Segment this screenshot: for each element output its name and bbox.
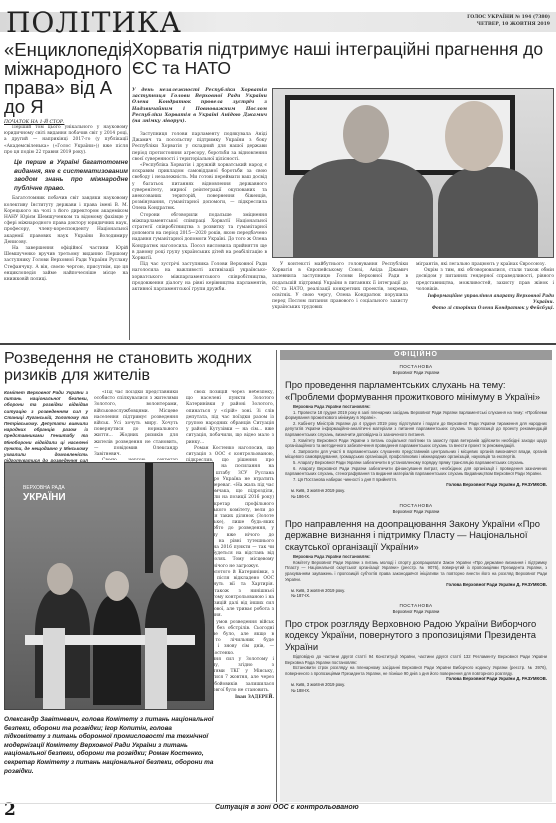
decree-item: Встановити строк розгляду на пленарному … xyxy=(285,665,547,676)
paragraph: Окрім з тим, які обговорювалися, стали т… xyxy=(416,268,554,293)
paragraph: Заступниця голови парламенту подякувала … xyxy=(132,132,267,163)
paragraph: На завершення офіційної частини Юрій Шем… xyxy=(4,246,128,283)
decree: ПОСТАНОВА Верховної Ради України Про нап… xyxy=(280,503,552,599)
article-defense: Розведення не становить жодних ризиків д… xyxy=(4,350,274,800)
face xyxy=(160,555,188,589)
newspaper-issue: ГОЛОС УКРАЇНИ № 194 (7380) xyxy=(467,15,550,22)
official-header: ОФІЦІЙНО xyxy=(280,350,552,360)
official-section: ОФІЦІЙНО ПОСТАНОВА Верховної Ради Україн… xyxy=(280,350,552,802)
article-croatia: Хорватія підтримує наші інтеграційні пра… xyxy=(132,40,554,340)
column-divider xyxy=(276,350,277,802)
decree-item: 6. Апарату Верховної Ради України забезп… xyxy=(285,466,547,477)
decree-item: Відповідно до частини другої статті 94 К… xyxy=(285,654,547,665)
decree-title: Про строк розгляду Верховною Радою Украї… xyxy=(285,618,547,653)
article-encyclopedia: «Енциклопедія міжнародного права» від А … xyxy=(4,40,128,340)
decree-number: № 187-IX. xyxy=(285,593,547,598)
face-ambassador xyxy=(343,105,389,163)
article-title: Хорватія підтримує наші інтеграційні пра… xyxy=(132,40,554,77)
decree-item: 2. Кабінету Міністрів України до 4 грудн… xyxy=(285,421,547,438)
person-kondratiuk xyxy=(438,167,538,258)
paragraph: «Під час поїздки представники особисто с… xyxy=(94,390,178,458)
decree-item: 4. Запросити для участі в парламентських… xyxy=(285,449,547,460)
decree-issuer: Верховної Ради України xyxy=(285,609,547,614)
article-column: мігрантів, які легально працюють у країн… xyxy=(416,262,554,311)
credit: Інформаційне управління апарату Верховно… xyxy=(416,293,554,305)
face xyxy=(105,571,129,601)
section-rubric: ПОЛІТИКА xyxy=(6,10,182,36)
footer-teaser: Ситуація в зоні ООС є контрольованою xyxy=(215,804,359,811)
decree-issuer: Верховної Ради України xyxy=(285,509,547,514)
article-lede: У день незалежності Республіки Хорватія … xyxy=(132,88,267,125)
decree-item: 3. Комітету Верховної Ради України з пит… xyxy=(285,438,547,449)
flag-pole xyxy=(145,463,153,573)
masthead-info: ГОЛОС УКРАЇНИ № 194 (7380) ЧЕТВЕР, 10 ЖО… xyxy=(467,15,550,28)
decree: ПОСТАНОВА Верховної Ради України Про стр… xyxy=(280,603,552,693)
face xyxy=(47,563,73,595)
decree-number: № 188-IX. xyxy=(285,688,547,693)
decree-issuer: Верховної Ради України xyxy=(285,370,547,375)
decree-item: 5. Апарату Верховної Ради України забезп… xyxy=(285,460,547,466)
decree: ПОСТАНОВА Верховної Ради України Про про… xyxy=(280,364,552,499)
article-column: Заступниця голови парламенту подякувала … xyxy=(132,132,267,293)
pull-quote: Це перше в Україні багатотомне видання, … xyxy=(14,159,128,193)
decree-item: Комітету Верховної Ради України з питань… xyxy=(285,560,547,582)
decree-item: 1. Провести 18 грудня 2019 року в залі п… xyxy=(285,410,547,421)
footer-divider xyxy=(0,803,556,804)
paragraph: Під час зустрічі заступника Голови Верхо… xyxy=(132,262,267,293)
paragraph: Своєю чергою секретар Комітету з питань … xyxy=(94,458,178,460)
article-title: «Енциклопедія міжнародного права» від А … xyxy=(4,40,128,116)
banner-text: УКРАЇНИ xyxy=(23,492,66,503)
article-column: «Під час поїздки представники особисто с… xyxy=(94,390,178,460)
paragraph: «Республіка Хорватія і дружній хорватськ… xyxy=(132,163,267,213)
article-body: Перший том цього унікального у науковому… xyxy=(4,125,128,283)
podium-left xyxy=(43,628,65,710)
decree-title: Про проведення парламентських слухань на… xyxy=(285,379,547,402)
paragraph: своїх позицій через небезпеку, що населе… xyxy=(186,390,274,446)
photo-caption: Олександр Завітневич, голова Комітету з … xyxy=(4,716,214,776)
paragraph: У контексті майбутнього головування Респ… xyxy=(272,262,408,312)
section-divider xyxy=(0,343,556,345)
photo-credit: Фото зі сторінки Олени Кондратюк у Фейсб… xyxy=(416,305,554,311)
paragraph: Перший том цього унікального у науковому… xyxy=(4,125,128,156)
article-title: Розведення не становить жодних ризиків д… xyxy=(4,350,274,384)
column-divider xyxy=(129,40,130,340)
paragraph: Сторони обговорили подальше зміцнення мі… xyxy=(132,213,267,263)
photo-briefing: ВЕРХОВНА РАДА УКРАЇНИ xyxy=(4,462,214,710)
photo-meeting xyxy=(272,88,554,258)
issue-date: ЧЕТВЕР, 10 ЖОВТНЯ 2019 xyxy=(467,22,550,29)
decree-number: № 186-IX. xyxy=(285,494,547,499)
person-ambassador xyxy=(293,159,433,258)
face-kondratiuk xyxy=(445,101,503,171)
podium-right xyxy=(145,628,167,710)
decree-title: Про направлення на доопрацювання Закону … xyxy=(285,518,547,553)
paragraph: Багатотомник побачив світ завдяки науков… xyxy=(4,196,128,246)
banner-text: ВЕРХОВНА РАДА xyxy=(23,485,65,491)
article-column: У контексті майбутнього головування Респ… xyxy=(272,262,408,312)
person-kopytin xyxy=(93,595,141,705)
